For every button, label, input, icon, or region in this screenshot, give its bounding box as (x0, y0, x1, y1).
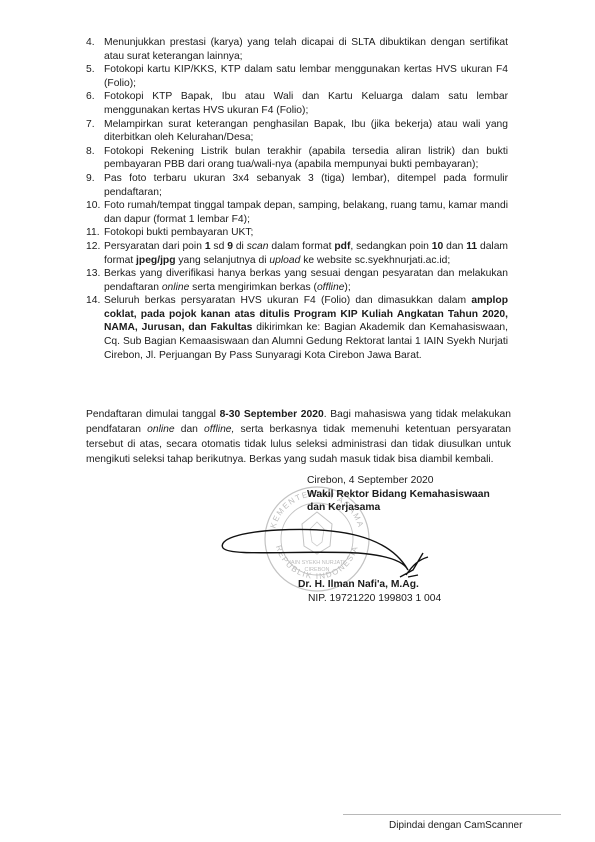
requirement-item: 9.Pas foto terbaru ukuran 3x4 sebanyak 3… (86, 172, 508, 199)
requirement-number: 10. (86, 199, 100, 213)
requirement-number: 9. (86, 172, 95, 186)
requirement-number: 13. (86, 267, 100, 281)
requirement-item: 12.Persyaratan dari poin 1 sd 9 di scan … (86, 240, 508, 267)
requirement-item: 13.Berkas yang diverifikasi hanya berkas… (86, 267, 508, 294)
requirement-item: 7.Melampirkan surat keterangan penghasil… (86, 118, 508, 145)
requirement-item: 11.Fotokopi bukti pembayaran UKT; (86, 226, 508, 240)
signatory-title-line2: dan Kerjasama (307, 501, 490, 515)
requirement-item: 5.Fotokopi kartu KIP/KKS, KTP dalam satu… (86, 63, 508, 90)
requirement-number: 4. (86, 36, 95, 50)
footer-divider (343, 814, 561, 815)
requirement-item: 14.Seluruh berkas persyaratan HVS ukuran… (86, 294, 508, 362)
signatory-nip: NIP. 19721220 199803 1 004 (298, 592, 441, 606)
signature-header: Cirebon, 4 September 2020 Wakil Rektor B… (307, 474, 490, 515)
signature-date: Cirebon, 4 September 2020 (307, 474, 490, 488)
requirements-list: 4.Menunjukkan prestasi (karya) yang tela… (86, 36, 508, 362)
requirement-item: 8.Fotokopi Rekening Listrik bulan terakh… (86, 145, 508, 172)
requirement-item: 4.Menunjukkan prestasi (karya) yang tela… (86, 36, 508, 63)
requirement-number: 12. (86, 240, 100, 254)
requirement-number: 8. (86, 145, 95, 159)
signatory-title-line1: Wakil Rektor Bidang Kemahasiswaan (307, 488, 490, 502)
document-page: 4.Menunjukkan prestasi (karya) yang tela… (0, 0, 595, 842)
scanner-watermark: Dipindai dengan CamScanner (389, 820, 522, 831)
signatory-info: Dr. H. Ilman Nafi'a, M.Ag. NIP. 19721220… (298, 578, 441, 606)
requirement-number: 7. (86, 118, 95, 132)
requirement-number: 5. (86, 63, 95, 77)
requirement-item: 10.Foto rumah/tempat tinggal tampak depa… (86, 199, 508, 226)
requirement-number: 14. (86, 294, 100, 308)
requirement-item: 6.Fotokopi KTP Bapak, Ibu atau Wali dan … (86, 90, 508, 117)
requirement-number: 6. (86, 90, 95, 104)
closing-paragraph: Pendaftaran dimulai tanggal 8-30 Septemb… (86, 407, 511, 467)
requirement-number: 11. (86, 226, 100, 240)
signatory-name: Dr. H. Ilman Nafi'a, M.Ag. (298, 578, 441, 592)
